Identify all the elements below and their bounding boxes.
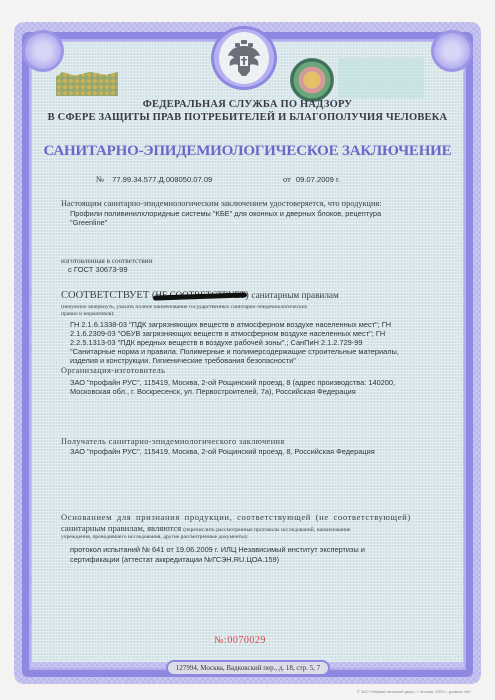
- manufactured-standard: с ГОСТ 30673-99: [68, 265, 128, 274]
- eagle-emblem-icon: [227, 38, 261, 78]
- manufacturer-label: Организация-изготовитель: [61, 366, 165, 375]
- basis-line-1: протокол испытаний № 641 от 19.06.2009 г…: [70, 545, 365, 554]
- norm-line-5: изделия и конструкции. Гигиенические тре…: [70, 356, 296, 365]
- rules-label: санитарным правилам: [251, 290, 338, 300]
- norm-line-1: ГН 2.1.6.1338-03 "ПДК загрязняющих вещес…: [70, 320, 391, 329]
- emblem: [219, 32, 269, 84]
- basis-heading-1: Основанием для признания продукции, соот…: [61, 512, 411, 522]
- serial-number: №:0070029: [214, 635, 266, 646]
- issuer-address: 127994, Москва, Вадковский пер., д. 18, …: [166, 660, 330, 676]
- date-value: 09.07.2009 г.: [296, 175, 340, 184]
- manufactured-label: изготовленная в соответствии: [61, 257, 152, 265]
- compliance-statement: СООТВЕТСТВУЕТ (НЕ СООТВЕТСТВУЕТ) санитар…: [61, 290, 339, 301]
- security-panel: [338, 58, 424, 98]
- manufacturer-line-2: Московская обл., г. Воскресенск, ул. Пер…: [70, 387, 356, 396]
- basis-heading-bold: санитарным правилам, являются: [61, 523, 181, 533]
- corner-ornament-left: [22, 30, 64, 72]
- scalloped-border-top: [30, 10, 465, 24]
- basis-heading-3: учреждения, проводившего исследования, д…: [61, 534, 248, 540]
- basis-heading-note: (перечислить рассмотренные протоколы исс…: [183, 527, 350, 533]
- number-value: 77.99.34.577.Д.008050.07.09: [112, 175, 212, 184]
- manufacturer-line-1: ЗАО "профайн РУС", 115419, Москва, 2-ой …: [70, 378, 395, 387]
- basis-line-2: сертификации (аттестат аккредитации №ГСЭ…: [70, 555, 279, 564]
- norm-line-4: "Санитарные норма и правила. Полимерные …: [70, 347, 399, 356]
- recipient-label: Получатель санитарно-эпидемиологического…: [61, 437, 285, 446]
- hologram-seal-icon: [290, 58, 334, 102]
- struck-out-not-complies: НЕ СООТВЕТСТВУЕТ: [155, 290, 245, 300]
- corner-ornament-right: [431, 30, 473, 72]
- certificate-sheet: ФЕДЕРАЛЬНАЯ СЛУЖБА ПО НАДЗОРУ В СФЕРЕ ЗА…: [0, 0, 495, 700]
- norm-line-3: 2.2.5.1313-03 "ПДК вредных веществ в воз…: [70, 338, 362, 347]
- agency-name-line1: ФЕДЕРАЛЬНАЯ СЛУЖБА ПО НАДЗОРУ: [40, 99, 455, 110]
- compliance-instruction-2: правил и нормативов):: [61, 311, 115, 317]
- product-intro: Настоящим санитарно-эпидемиологическим з…: [61, 199, 382, 208]
- complies-label: СООТВЕТСТВУЕТ: [61, 290, 149, 301]
- norm-line-2: 2.1.6.2309-03 "ОБУВ загрязняющих веществ…: [70, 329, 385, 338]
- product-line-2: "Greenline": [70, 218, 107, 227]
- agency-name-line2: В СФЕРЕ ЗАЩИТЫ ПРАВ ПОТРЕБИТЕЛЕЙ И БЛАГО…: [40, 112, 455, 123]
- registration-date: от09.07.2009 г.: [283, 174, 340, 184]
- product-line-1: Профили поливинилхлоридные системы "КБЕ"…: [70, 209, 381, 218]
- document-title: САНИТАРНО-ЭПИДЕМИОЛОГИЧЕСКОЕ ЗАКЛЮЧЕНИЕ: [40, 143, 455, 160]
- compliance-instruction-1: (ненужное зачеркнуть, указать полное наи…: [61, 304, 308, 310]
- hologram-strip: [56, 72, 118, 96]
- registration-number: №77.99.34.577.Д.008050.07.09: [96, 174, 212, 184]
- number-label: №: [96, 174, 104, 184]
- printer-imprint: © ЗАО «Первый печатный двор», г. Москва,…: [357, 690, 471, 694]
- date-label: от: [283, 174, 291, 184]
- recipient-line-1: ЗАО "профайн РУС", 115419, Москва, 2-ой …: [70, 447, 375, 456]
- basis-heading-2: санитарным правилам, являются (перечисли…: [61, 523, 350, 533]
